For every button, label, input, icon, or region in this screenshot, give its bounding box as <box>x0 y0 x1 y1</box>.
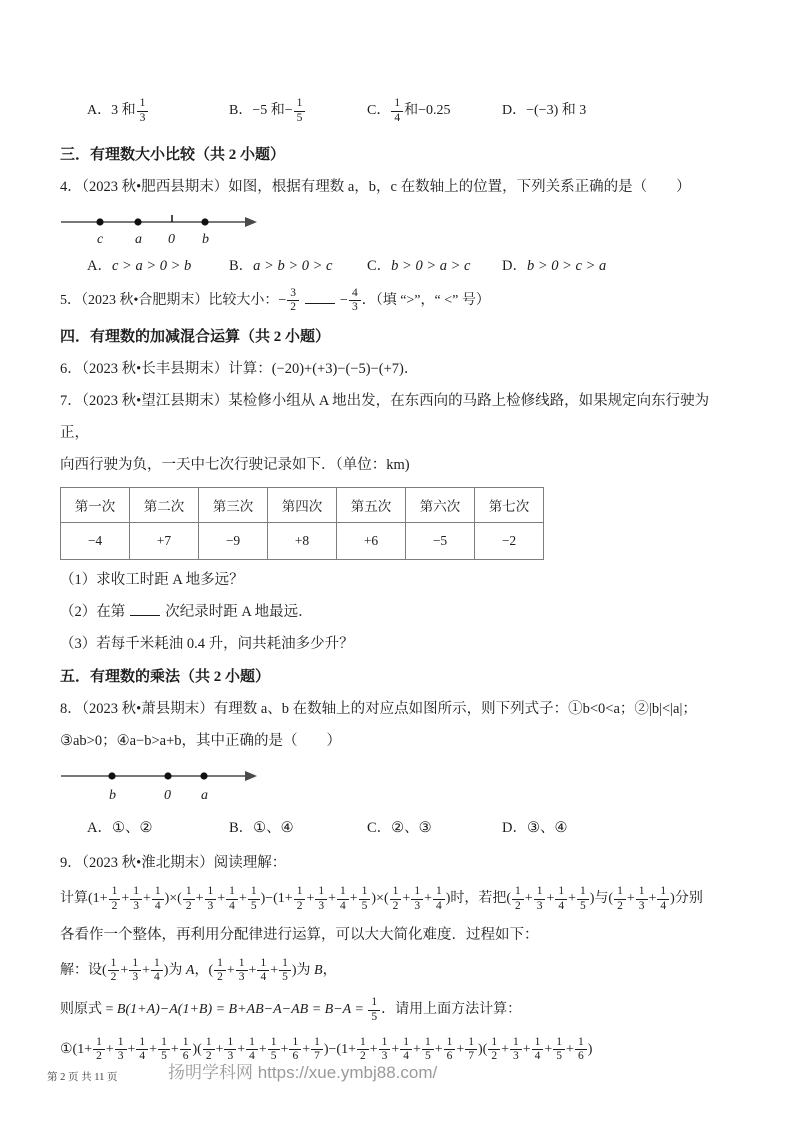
label-a: a <box>201 788 208 803</box>
q7-sub3: （3）若每千米耗油 0.4 升，问共耗油多少升？ <box>60 628 736 660</box>
q5-text: 5．（2023 秋•合肥期末）比较大小：−32−43．（填 “>”，“ <” 号… <box>60 281 736 320</box>
value-cell: −9 <box>199 523 268 560</box>
q9-result-line: 则原式 = B(1+A)−A(1+B) = B+AB−A−AB = B−A = … <box>60 990 736 1029</box>
q9-intro: 9．（2023 秋•淮北期末）阅读理解： <box>60 847 736 879</box>
section-heading-compare: 三．有理数大小比较（共 2 小题） <box>60 140 736 171</box>
value-cell: +7 <box>130 523 199 560</box>
q8-option-c: C．②、③ <box>367 813 502 843</box>
site-watermark: 扬明学科网 https://xue.ymbj88.com/ <box>168 1058 437 1083</box>
q3-option-d: D．−(−3) 和 3 <box>502 84 586 138</box>
q7-sub1: （1）求收工时距 A 地多远？ <box>60 564 736 596</box>
label-c: c <box>97 232 104 247</box>
table-value-row: −4 +7 −9 +8 +6 −5 −2 <box>61 523 544 560</box>
table-header-row: 第一次 第二次 第三次 第四次 第五次 第六次 第七次 <box>61 488 544 523</box>
q8-number-line: b 0 a <box>60 761 260 807</box>
header-cell: 第七次 <box>475 488 544 523</box>
origin-dot <box>164 773 171 780</box>
value-cell: +8 <box>268 523 337 560</box>
header-cell: 第五次 <box>337 488 406 523</box>
q9-solve-line: 解：设(12+13+14)为 A，(12+13+14+15)为 B， <box>60 951 736 990</box>
q7-sub2: （2）在第次纪录时距 A 地最远． <box>60 596 736 628</box>
q7-text-line2: 向西行驶为负，一天中七次行驶记录如下．（单位：km) <box>60 449 736 481</box>
q7-text-line1: 7．（2023 秋•望江县期末）某检修小组从 A 地出发，在东西向的马路上检修线… <box>60 385 736 449</box>
q8-option-a: A．①、② <box>87 813 229 843</box>
q4-option-c: C．b > 0 > a > c <box>367 251 502 281</box>
point-b-dot <box>108 773 115 780</box>
page-content: A．3 和13 B．−5 和−15 C．14和−0.25 D．−(−3) 和 3… <box>60 84 736 1069</box>
q7-trip-table: 第一次 第二次 第三次 第四次 第五次 第六次 第七次 −4 +7 −9 +8 … <box>60 487 544 560</box>
header-cell: 第三次 <box>199 488 268 523</box>
point-a-dot <box>134 218 141 225</box>
value-cell: −4 <box>61 523 130 560</box>
value-cell: +6 <box>337 523 406 560</box>
q8-option-d: D．③、④ <box>502 813 567 843</box>
value-cell: −2 <box>475 523 544 560</box>
q8-option-b: B．①、④ <box>229 813 367 843</box>
point-c-dot <box>96 218 103 225</box>
label-0: 0 <box>168 232 175 247</box>
point-a-dot <box>200 773 207 780</box>
q4-option-a: A．c > a > 0 > b <box>87 251 229 281</box>
q4-option-d: D．b > 0 > c > a <box>502 251 606 281</box>
q3-option-c: C．14和−0.25 <box>367 84 502 138</box>
q4-number-line: c a 0 b <box>60 207 260 251</box>
q9-calc-line: 计算(1+12+13+14)×(12+13+14+15)−(1+12+13+14… <box>60 879 736 918</box>
q8-text-line2: ③ab>0；④a−b>a+b，其中正确的是（ ） <box>60 725 736 757</box>
header-cell: 第一次 <box>61 488 130 523</box>
q6-text: 6．（2023 秋•长丰县期末）计算：(−20)+(+3)−(−5)−(+7)． <box>60 353 736 385</box>
header-cell: 第六次 <box>406 488 475 523</box>
section-heading-addsub: 四．有理数的加减混合运算（共 2 小题） <box>60 322 736 353</box>
q4-options-row: A．c > a > 0 > b B．a > b > 0 > c C．b > 0 … <box>60 251 736 281</box>
section-heading-multiply: 五．有理数的乘法（共 2 小题） <box>60 662 736 693</box>
label-a: a <box>135 232 142 247</box>
q3-option-a: A．3 和13 <box>87 84 229 138</box>
q4-text: 4．（2023 秋•肥西县期末）如图，根据有理数 a，b，c 在数轴上的位置，下… <box>60 171 736 203</box>
label-b: b <box>202 232 209 247</box>
header-cell: 第四次 <box>268 488 337 523</box>
arrow-icon <box>245 217 257 227</box>
q8-options-row: A．①、② B．①、④ C．②、③ D．③、④ <box>60 813 736 843</box>
point-b-dot <box>201 218 208 225</box>
value-cell: −5 <box>406 523 475 560</box>
arrow-icon <box>245 771 257 781</box>
worksheet-page: A．3 和13 B．−5 和−15 C．14和−0.25 D．−(−3) 和 3… <box>0 0 793 1122</box>
q9-explain-line: 各看作一个整体，再利用分配律进行运算，可以大大简化难度．过程如下： <box>60 919 736 951</box>
label-b: b <box>109 788 116 803</box>
q4-option-b: B．a > b > 0 > c <box>229 251 367 281</box>
header-cell: 第二次 <box>130 488 199 523</box>
q3-options-row: A．3 和13 B．−5 和−15 C．14和−0.25 D．−(−3) 和 3 <box>60 84 736 138</box>
q8-text-line1: 8．（2023 秋•萧县期末）有理数 a、b 在数轴上的对应点如图所示，则下列式… <box>60 693 736 725</box>
q3-option-b: B．−5 和−15 <box>229 84 367 138</box>
label-0: 0 <box>164 788 171 803</box>
page-number: 第 2 页 共 11 页 <box>47 1069 118 1084</box>
